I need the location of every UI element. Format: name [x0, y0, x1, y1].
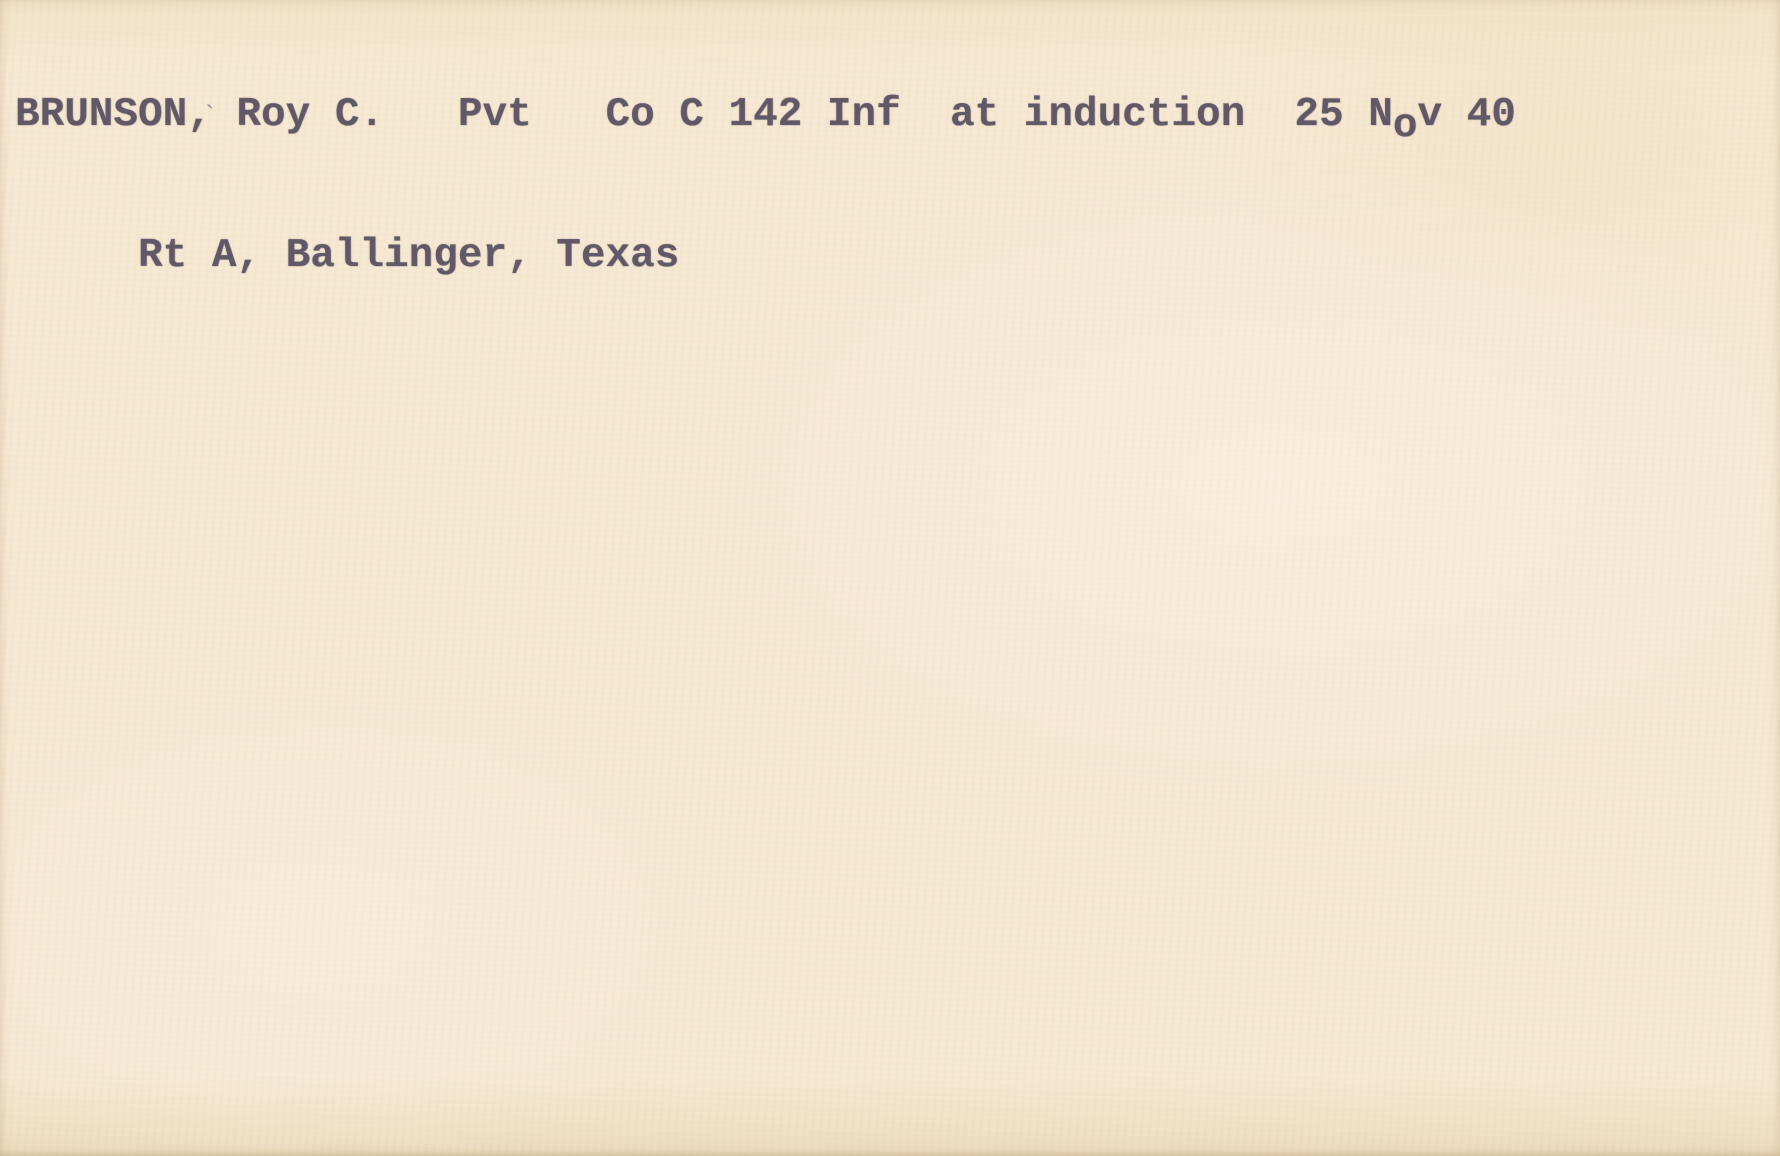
- line1-year-text: v 40: [1417, 92, 1515, 138]
- line1-name-rank-unit-text: BRUNSON, Roy C. Pvt Co C 142 Inf at indu…: [15, 92, 1393, 138]
- typed-line-1: BRUNSON, Roy C. Pvt Co C 142 Inf at indu…: [15, 92, 1516, 139]
- typed-text-block: BRUNSON, Roy C. Pvt Co C 142 Inf at indu…: [15, 0, 1516, 374]
- typed-line-2-address: Rt A, Ballinger, Texas: [15, 233, 1516, 280]
- line1-dropped-letter-o: o: [1393, 103, 1418, 150]
